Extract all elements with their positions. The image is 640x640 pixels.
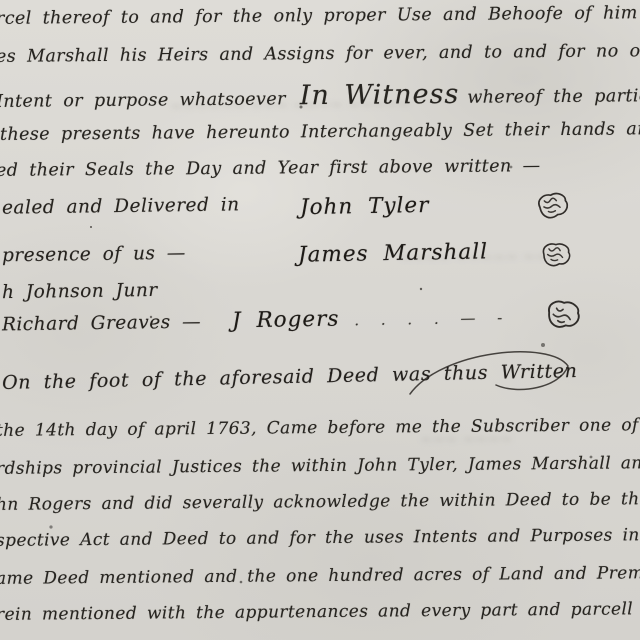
witness-name: Richard Greaves — [2, 312, 201, 336]
wax-seal-icon [530, 188, 575, 226]
wax-seal-icon [537, 292, 589, 339]
seal-squiggle [547, 247, 563, 261]
endorsement-line: hn Rogers and did severally acknowledge … [0, 489, 640, 515]
deed-body-line: ed their Seals the Day and Year first ab… [0, 155, 640, 181]
seal-squiggle [552, 308, 572, 324]
seal-squiggle [543, 198, 560, 213]
in-witness-phrase: In Witness [286, 79, 468, 112]
deed-body-text: Intent or purpose whatsoever [0, 89, 286, 112]
endorsement-line: rdships provincial Justices the within J… [0, 453, 640, 479]
deed-body-line: these presents have hereunto Interchange… [0, 119, 640, 145]
wax-seal-icon [535, 239, 577, 274]
signature-dotted-trail: . . . . — - [354, 309, 507, 330]
attestation-clause-line: presence of us — [2, 243, 186, 267]
endorsement-line: ame Deed mentioned and the one hundred a… [0, 563, 640, 589]
deed-body-line: rcel thereof to and for the only proper … [0, 3, 640, 29]
witness-name: h Johnson Junr [2, 280, 158, 303]
attestation-clause-line: ealed and Delivered in [2, 194, 240, 218]
deed-body-line: es Marshall his Heirs and Assigns for ev… [0, 41, 640, 67]
endorsement-line: the 14th day of april 1763, Came before … [0, 415, 640, 441]
pen-flourish [400, 338, 580, 408]
signature-name: J Rogers [232, 307, 340, 334]
signature-j-rogers: J Rogers . . . . — - [232, 304, 508, 334]
endorsement-line: spective Act and Deed to and for the use… [0, 525, 640, 551]
manuscript-page: ~~~~~~ ~~~ ~~~~ ~~~~~ ~~~~ ~~~~~ ~~~ ~~~… [0, 0, 640, 640]
endorsement-line: rein mentioned with the appurtenances an… [0, 599, 640, 625]
ink-specks [90, 226, 92, 228]
deed-body-text: whereof the parties [467, 86, 640, 108]
signature-john-tyler: John Tyler [300, 193, 430, 220]
flourish-stroke [410, 352, 568, 394]
deed-body-line: Intent or purpose whatsoeverIn Witnesswh… [0, 77, 640, 114]
signature-james-marshall: James Marshall [298, 239, 488, 267]
